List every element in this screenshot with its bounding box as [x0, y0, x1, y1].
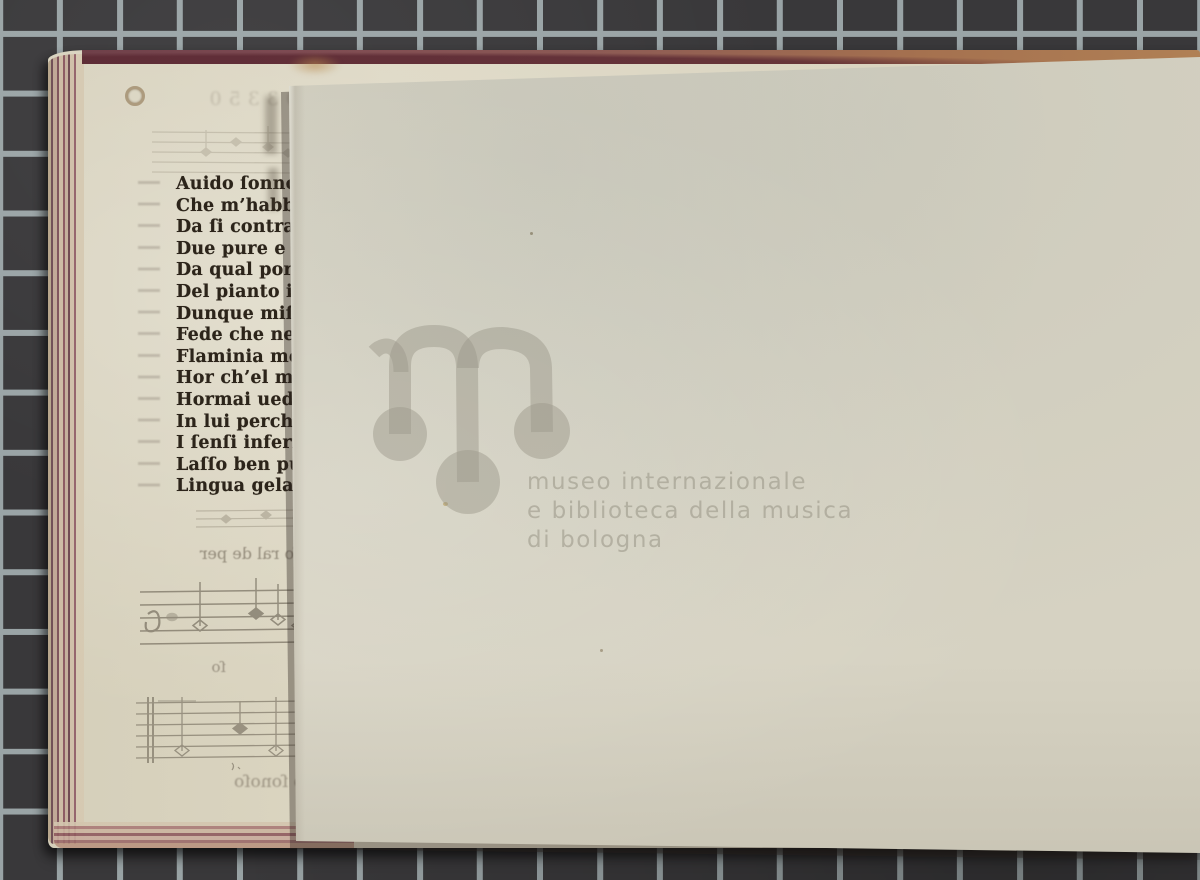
- book-page-edges-top: [82, 50, 1200, 64]
- embossed-stamp-ring: [125, 86, 145, 106]
- watermark-line: museo internazionale: [527, 468, 853, 497]
- music-staff-lower: [134, 695, 306, 773]
- book-page-edges-left: [48, 54, 84, 844]
- photo-scene: 03350 Auido ſonno Che m’habb Da ſi contr…: [0, 0, 1200, 880]
- museum-watermark-text: museo internazionale e biblioteca della …: [527, 468, 853, 555]
- paper-speck: [530, 232, 533, 235]
- paper-stain: [288, 54, 342, 76]
- ink-smudge: [268, 168, 278, 210]
- ink-smudge: [265, 96, 277, 154]
- watermark-line: di bologna: [527, 526, 853, 555]
- incipit-line: Lingua gelat: [176, 476, 305, 498]
- bleedthrough-margin-marks: [138, 181, 160, 505]
- bleedthrough-text-mid: ſo ral de per: [158, 544, 300, 563]
- music-staff-upper: [138, 574, 304, 662]
- paper-speck: [600, 649, 603, 652]
- bleedthrough-fo-mark: ſo: [196, 658, 226, 676]
- watermark-line: e biblioteca della musica: [527, 497, 853, 526]
